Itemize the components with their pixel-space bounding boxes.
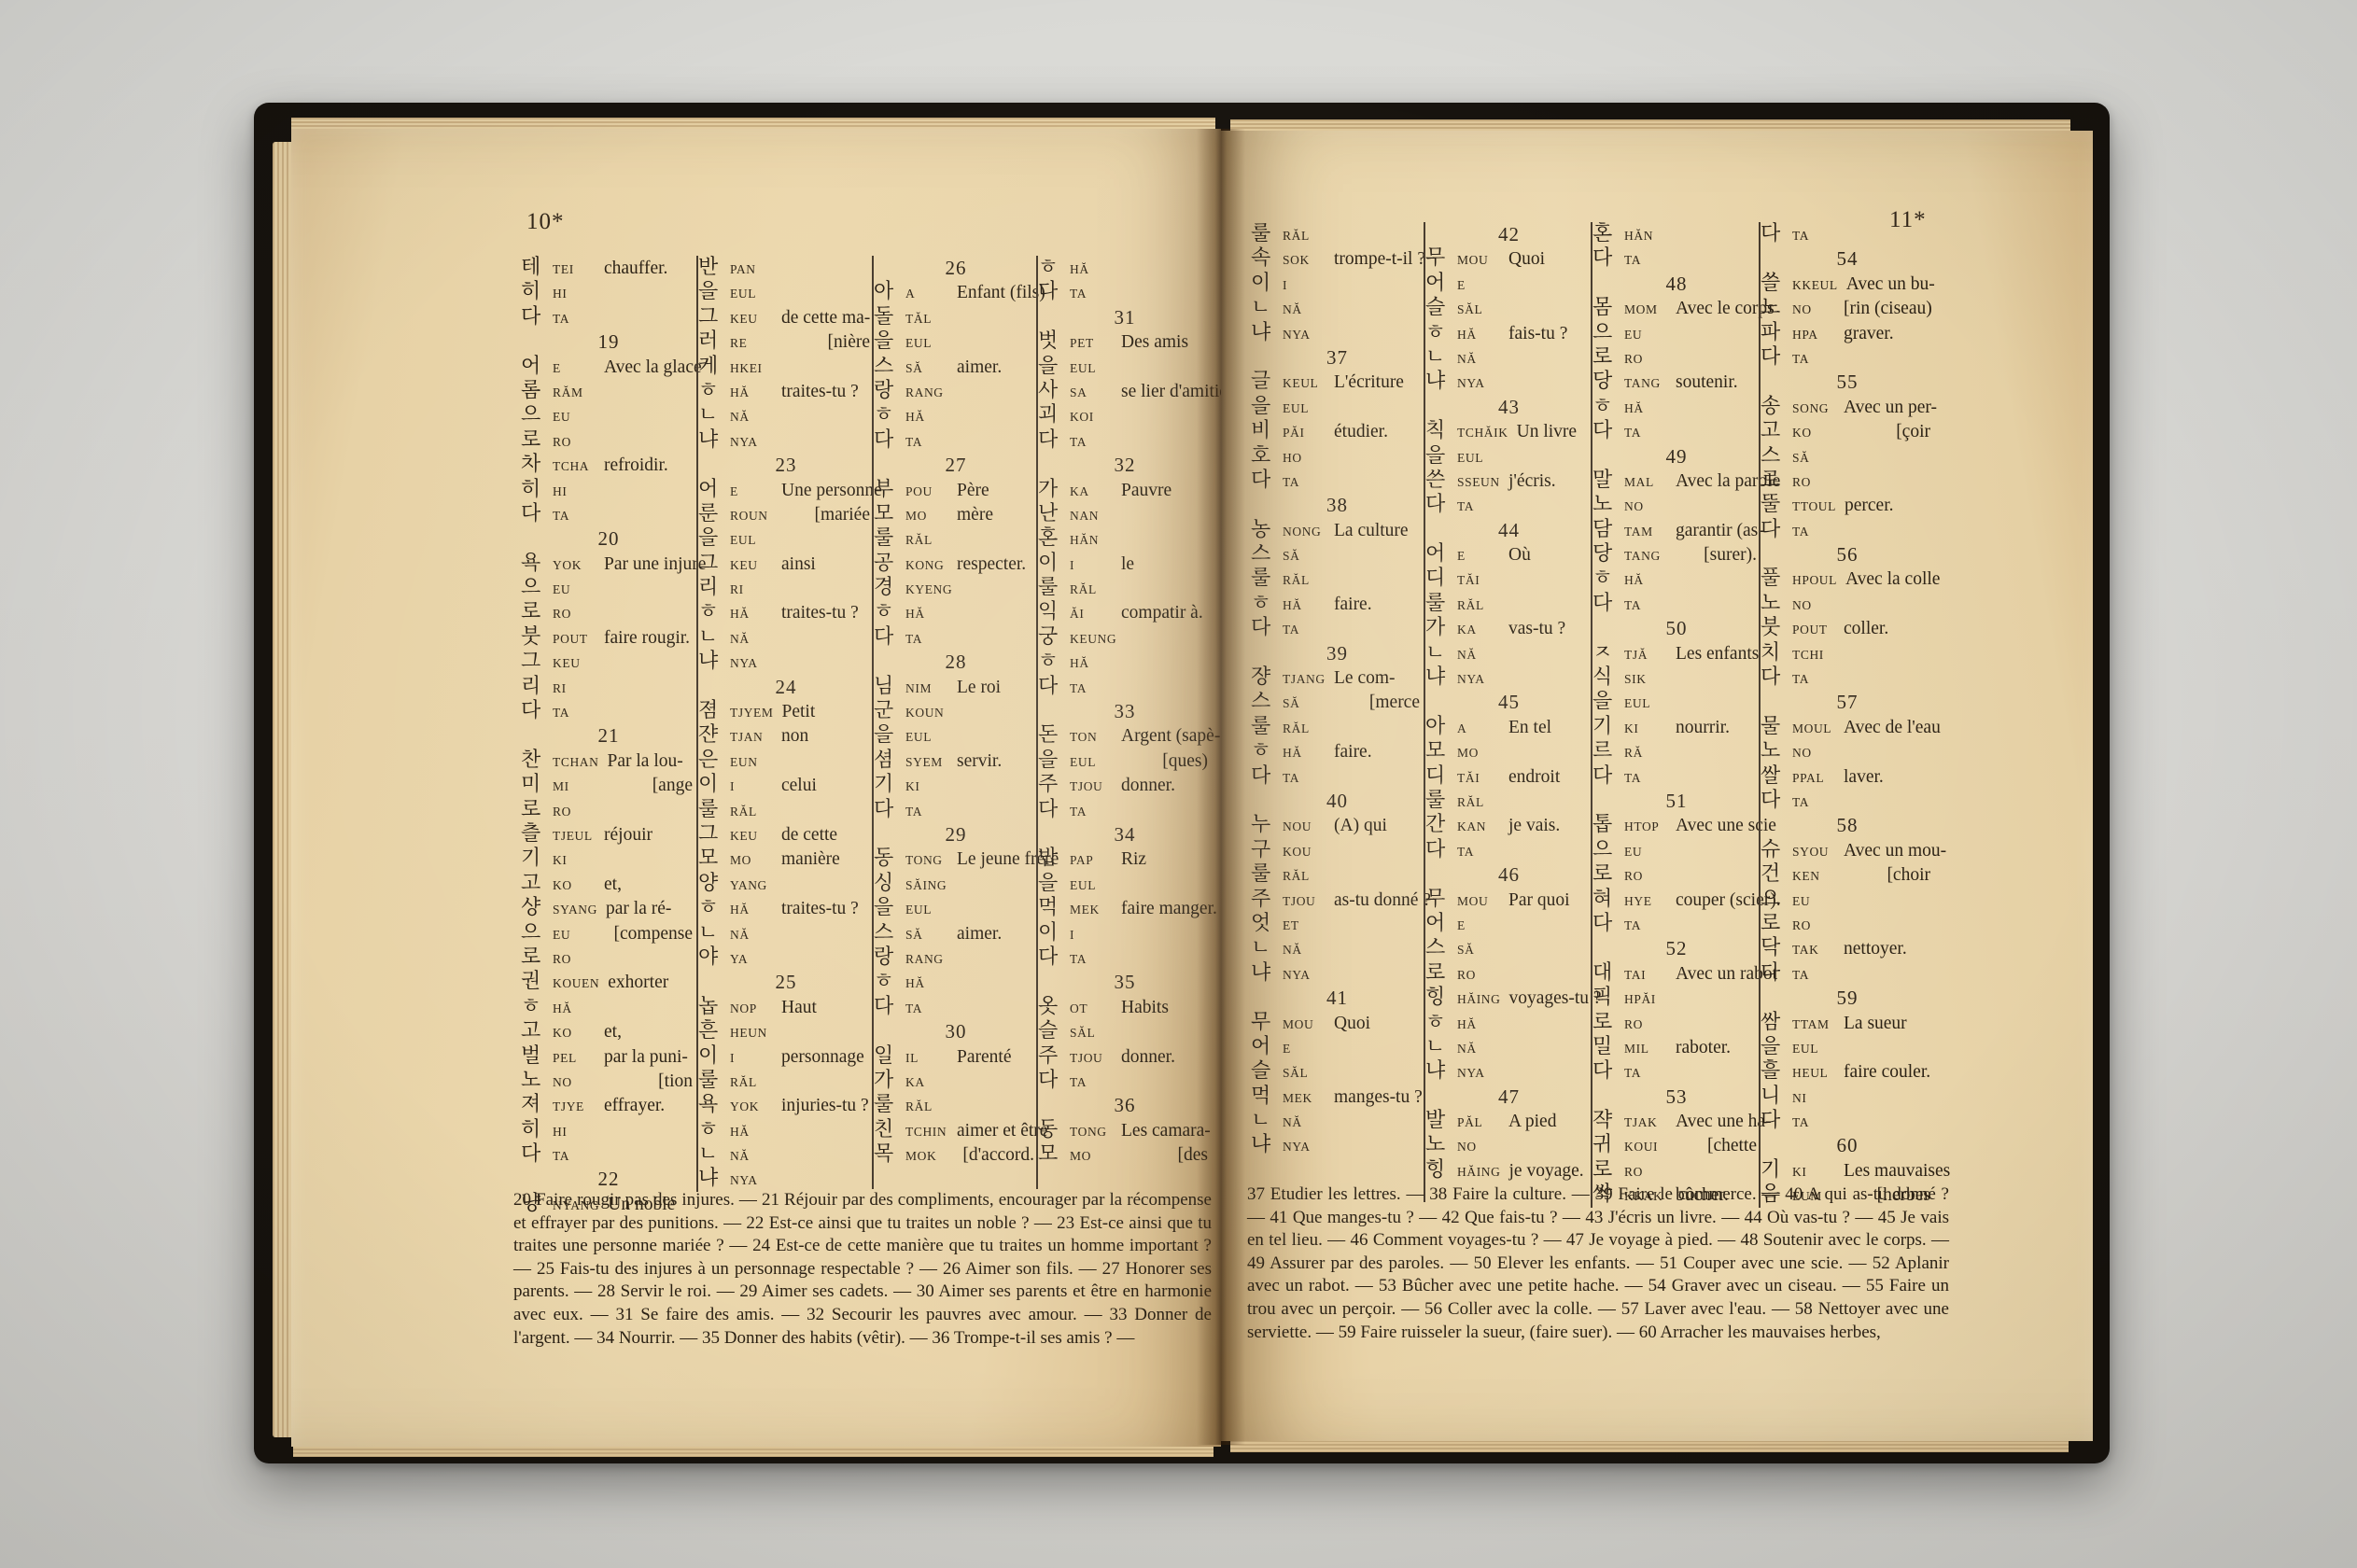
- romanization: NI: [1792, 1086, 1835, 1111]
- hangul-char: ㄴ: [1425, 1035, 1457, 1059]
- section-number: 21: [521, 723, 696, 748]
- entry-row: 랑RANG: [874, 945, 1038, 970]
- entry-row: 엇ET: [1251, 912, 1424, 936]
- romanization: TA: [1457, 495, 1500, 519]
- romanization: KKEUL: [1792, 273, 1838, 298]
- hangul-char: 밥: [1038, 847, 1070, 871]
- entry-row: 다TA: [1251, 469, 1424, 493]
- section-number: 29: [874, 822, 1038, 847]
- romanization: TA: [1792, 1111, 1835, 1135]
- french-gloss: nourrir.: [1676, 716, 1730, 740]
- entry-row: 을EUL: [1761, 1035, 1934, 1059]
- french-gloss: Avec un mou-: [1844, 839, 1946, 863]
- hangul-char: 러: [698, 329, 730, 354]
- french-gloss: chauffer.: [604, 257, 667, 281]
- hangul-char: 룰: [1425, 789, 1457, 813]
- hangul-char: 이: [1038, 921, 1070, 945]
- entry-row: 다TA: [1761, 518, 1934, 542]
- hangul-char: 냐: [1425, 370, 1457, 394]
- romanization: EUL: [905, 725, 948, 749]
- hangul-char: 다: [1761, 789, 1792, 813]
- entry-row: 다TA: [1251, 616, 1424, 640]
- romanization: EUL: [730, 528, 773, 553]
- hangul-char: 다: [521, 1142, 553, 1167]
- romanization: RO: [553, 430, 596, 455]
- hangul-char: 흔: [698, 1019, 730, 1043]
- hangul-char: 몸: [1592, 296, 1624, 320]
- romanization: I: [1070, 923, 1113, 947]
- french-gloss: La sueur: [1844, 1012, 1907, 1036]
- entry-row: 이Ipersonnage: [698, 1044, 874, 1069]
- hangul-char: 다: [1038, 1069, 1070, 1093]
- french-gloss: donner.: [1121, 1045, 1175, 1070]
- entry-row: 양YANG: [698, 872, 874, 896]
- entry-row: 그KEU: [521, 650, 696, 674]
- romanization: TA: [1070, 947, 1113, 972]
- romanization: TCHA: [553, 455, 596, 479]
- hangul-char: 다: [1592, 912, 1624, 936]
- hangul-char: 동: [874, 847, 905, 871]
- romanization: NO: [1624, 495, 1667, 519]
- hangul-char: 다: [1761, 665, 1792, 690]
- section-number: 37: [1251, 345, 1424, 370]
- hangul-char: 돌: [874, 305, 905, 329]
- hangul-char: 붓: [1761, 616, 1792, 640]
- romanization: KYENG: [905, 578, 952, 602]
- left-column-4: ㅎHĂ다TA31벗PETDes amis을EUL사SAse lier d'ami…: [1036, 256, 1212, 1189]
- hangul-char: 로: [1761, 912, 1792, 936]
- romanization: SĂL: [1457, 298, 1500, 322]
- hangul-char: ㅎ: [1425, 1011, 1457, 1035]
- section-number: 56: [1761, 542, 1934, 567]
- hangul-char: 공: [874, 552, 905, 576]
- french-gloss: ainsi: [781, 553, 816, 577]
- hangul-char: 붓: [521, 625, 553, 650]
- entry-row: 을EUL: [698, 280, 874, 304]
- entry-row: 호HO: [1251, 444, 1424, 469]
- hangul-char: 노: [1761, 592, 1792, 616]
- hangul-char: 다: [1592, 592, 1624, 616]
- french-gloss: faire rougir.: [604, 626, 690, 651]
- romanization: HYE: [1624, 889, 1667, 914]
- entry-row: 로RO: [1592, 345, 1761, 370]
- hangul-char: 괴: [1038, 403, 1070, 427]
- romanization: RĂL: [1457, 791, 1500, 815]
- entry-row: 을EUL: [1251, 395, 1424, 419]
- romanization: RĂL: [1283, 224, 1326, 248]
- entry-row: 동TONGLe jeune frère: [874, 847, 1038, 871]
- romanization: EUL: [1070, 874, 1113, 898]
- hangul-char: 을: [698, 526, 730, 551]
- entry-row: 흘HEULfaire couler.: [1761, 1059, 1934, 1084]
- entry-row: 을EUL: [698, 526, 874, 551]
- entry-row: 룰RĂL: [874, 526, 1038, 551]
- entry-row: 케HKEI: [698, 355, 874, 379]
- french-gloss: nettoyer.: [1844, 937, 1907, 961]
- hangul-char: ㅎ: [1592, 395, 1624, 419]
- entry-row: 스SĂaimer.: [874, 921, 1038, 945]
- romanization: KEU: [730, 307, 773, 331]
- french-gloss: de cette: [781, 823, 837, 847]
- french-gloss: réjouir: [604, 823, 652, 847]
- entry-row: 다TA: [521, 1142, 696, 1167]
- hangul-char: 을: [1038, 872, 1070, 896]
- romanization: TA: [1283, 618, 1326, 642]
- hangul-char: 일: [874, 1044, 905, 1069]
- hangul-char: ㄴ: [1251, 936, 1283, 960]
- romanization: KA: [905, 1071, 948, 1095]
- french-gloss: aimer.: [957, 356, 1002, 380]
- hangul-char: ㄴ: [1425, 345, 1457, 370]
- entry-row: 냐NYA: [698, 1167, 874, 1191]
- entry-row: 로RO: [1592, 862, 1761, 887]
- entry-row: 쟌TJANnon: [698, 723, 874, 748]
- romanization: RO: [1624, 347, 1667, 371]
- romanization: HĂ: [730, 602, 773, 626]
- section-number: 52: [1592, 936, 1761, 960]
- hangul-char: 을: [1038, 749, 1070, 773]
- french-gloss: manière: [781, 847, 840, 872]
- hangul-char: 건: [1761, 862, 1792, 887]
- romanization: KAN: [1457, 815, 1500, 839]
- entry-row: 벗PETDes amis: [1038, 329, 1212, 354]
- romanization: TA: [1283, 470, 1326, 495]
- entry-row: 졈TJYEMPetit: [698, 699, 874, 723]
- romanization: E: [1457, 273, 1500, 298]
- romanization: HĂ: [905, 972, 948, 996]
- hangul-char: 익: [1038, 600, 1070, 624]
- entry-row: 쌈TTAMLa sueur: [1761, 1011, 1934, 1035]
- hangul-char: 을: [874, 896, 905, 920]
- entry-row: ㅎHĂfais-tu ?: [1425, 321, 1592, 345]
- hangul-char: 모: [1425, 739, 1457, 763]
- hangul-char: 셤: [874, 749, 905, 773]
- entry-row: ㄴNĂ: [1425, 641, 1592, 665]
- romanization: HĂ: [905, 602, 948, 626]
- hangul-char: 로: [1592, 1011, 1624, 1035]
- entry-row: 님NIMLe roi: [874, 675, 1038, 699]
- entry-row: 야YA: [698, 945, 874, 970]
- romanization: NO: [553, 1071, 596, 1095]
- hangul-char: 리: [521, 675, 553, 699]
- french-gloss: Parenté: [957, 1045, 1011, 1070]
- entry-row: 간KANje vais.: [1425, 813, 1592, 837]
- entry-row: 몸MOMAvec le corps: [1592, 296, 1761, 320]
- hangul-char: 속: [1251, 246, 1283, 271]
- hangul-char: 기: [1761, 1158, 1792, 1183]
- entry-row: ㄴNĂ: [698, 625, 874, 650]
- hangul-char: 다: [1038, 798, 1070, 822]
- hangul-char: 동: [1038, 1118, 1070, 1142]
- section-number: 59: [1761, 986, 1934, 1010]
- romanization: TA: [1624, 594, 1667, 618]
- entry-row: ㄴNĂ: [1425, 1035, 1592, 1059]
- romanization: HI: [553, 480, 596, 504]
- entry-row: 스SĂ: [1425, 936, 1592, 960]
- entry-row: 돈TONArgent (sapè-: [1038, 723, 1212, 748]
- section-number: 34: [1038, 822, 1212, 847]
- romanization: KO: [1792, 421, 1835, 445]
- entry-row: 밀MILraboter.: [1592, 1035, 1761, 1059]
- left-page-number: 10*: [526, 209, 565, 235]
- french-gloss: compatir à.: [1121, 601, 1203, 625]
- entry-row: 룰RĂL: [1251, 715, 1424, 739]
- hangul-char: 말: [1592, 469, 1624, 493]
- romanization: TONG: [1070, 1120, 1113, 1144]
- hangul-char: 냐: [698, 650, 730, 674]
- romanization: TA: [1070, 282, 1113, 306]
- entry-row: 룰RĂL: [1038, 576, 1212, 600]
- romanization: KI: [553, 848, 596, 873]
- section-number: 24: [698, 675, 874, 699]
- romanization: TA: [1070, 430, 1113, 455]
- entry-row: 어E: [1251, 1035, 1424, 1059]
- romanization: TA: [905, 800, 948, 824]
- french-gloss: traites-tu ?: [781, 380, 859, 404]
- hangul-char: 발: [1425, 1109, 1457, 1133]
- entry-row: 말MALAvec la parole: [1592, 469, 1761, 493]
- entry-row: 룰RĂL: [698, 798, 874, 822]
- entry-row: 슬SĂL: [1251, 1059, 1424, 1084]
- french-gloss: par la puni-: [604, 1045, 688, 1070]
- romanization: NOP: [730, 997, 773, 1021]
- hangul-char: 다: [1038, 428, 1070, 453]
- hangul-char: 기: [1592, 715, 1624, 739]
- romanization: RĂ: [1624, 741, 1667, 765]
- hangul-char: 으: [1761, 888, 1792, 912]
- entry-row: 욕YOKinjuries-tu ?: [698, 1093, 874, 1117]
- entry-row: 일ILParenté: [874, 1044, 1038, 1069]
- entry-row: 풀HPOULAvec la colle: [1761, 567, 1934, 591]
- hangul-char: 을: [1592, 690, 1624, 714]
- hangul-char: 다: [874, 798, 905, 822]
- romanization: HĂ: [1457, 323, 1500, 347]
- romanization: MOU: [1457, 248, 1500, 273]
- hangul-char: 노: [521, 1069, 553, 1093]
- hangul-char: 로: [1592, 1158, 1624, 1183]
- hangul-char: 냐: [1251, 961, 1283, 986]
- entry-row: 밥PAPRiz: [1038, 847, 1212, 871]
- romanization: TĂL: [905, 307, 948, 331]
- entry-row: 다TA: [1425, 838, 1592, 862]
- entry-row: 붓POUTcoller.: [1761, 616, 1934, 640]
- hangul-char: 노: [1425, 1133, 1457, 1157]
- french-gloss: Par quoi: [1508, 889, 1570, 913]
- romanization: SĂING: [905, 874, 948, 898]
- section-number: 22: [521, 1167, 696, 1191]
- romanization: NO: [1792, 298, 1835, 322]
- romanization: TA: [1792, 520, 1835, 544]
- french-gloss: Avec un per-: [1844, 396, 1937, 420]
- entry-row: ㅎHĂ: [1425, 1011, 1592, 1035]
- romanization: TJĂ: [1624, 643, 1667, 667]
- romanization: HO: [1283, 446, 1326, 470]
- romanization: NĂ: [1283, 938, 1326, 962]
- hangul-char: 이: [698, 773, 730, 797]
- romanization: NAN: [1070, 504, 1113, 528]
- hangul-char: 고: [521, 872, 553, 896]
- french-gloss: donner.: [1121, 774, 1175, 798]
- hangul-char: 룰: [1251, 222, 1283, 246]
- romanization: A: [905, 282, 948, 306]
- entry-row: 혀HYEcouper (scier).: [1592, 888, 1761, 912]
- section-number: 53: [1592, 1085, 1761, 1109]
- hangul-char: 롬: [521, 379, 553, 403]
- romanization: HPA: [1792, 323, 1835, 347]
- hangul-char: 그: [698, 822, 730, 847]
- french-gloss: endroit: [1508, 765, 1560, 790]
- hangul-char: 을: [1251, 395, 1283, 419]
- entry-row: 글KEULL'écriture: [1251, 370, 1424, 394]
- entry-row: 샹SYANGpar la ré-: [521, 896, 696, 920]
- hangul-char: 차: [521, 453, 553, 477]
- entry-row: 리RI: [521, 675, 696, 699]
- hangul-char: 다: [1038, 945, 1070, 970]
- french-gloss: En tel: [1508, 716, 1551, 740]
- entry-row: 룰RĂL: [1425, 789, 1592, 813]
- romanization: TJEUL: [553, 824, 596, 848]
- hangul-char: 기: [874, 773, 905, 797]
- hangul-char: 흘: [1761, 1059, 1792, 1084]
- romanization: EUL: [1070, 357, 1113, 381]
- entry-row: 으EU: [1592, 838, 1761, 862]
- romanization: PĂI: [1283, 421, 1326, 445]
- romanization: RĂL: [1457, 594, 1500, 618]
- french-gloss: garantir (as-: [1676, 519, 1764, 543]
- romanization: SĂ: [1457, 938, 1500, 962]
- entry-row: 다TA: [1761, 345, 1934, 370]
- section-number: 28: [874, 650, 1038, 674]
- entry-row: 뚤TTOULpercer.: [1761, 493, 1934, 517]
- french-gloss: Argent (sapè-: [1121, 724, 1220, 749]
- entry-row: 다TA: [1761, 961, 1934, 986]
- hangul-char: 무: [1425, 888, 1457, 912]
- section-number: 25: [698, 970, 874, 994]
- french-gloss: graver.: [1844, 322, 1894, 346]
- entry-row: ㅎHĂ: [698, 1118, 874, 1142]
- hangul-char: ㄴ: [698, 1142, 730, 1167]
- romanization: EU: [1792, 889, 1835, 914]
- entry-row: 다TA: [1038, 798, 1212, 822]
- hangul-char: 무: [1425, 246, 1457, 271]
- hangul-char: 다: [1592, 764, 1624, 789]
- hangul-char: 다: [1592, 246, 1624, 271]
- romanization: EUL: [1792, 1037, 1835, 1061]
- entry-row: 로RO: [1425, 961, 1592, 986]
- romanization: NĂ: [1457, 643, 1500, 667]
- hangul-char: 다: [874, 995, 905, 1019]
- entry-row: 기KILes mauvaises: [1761, 1158, 1934, 1183]
- entry-row: 은EUN: [698, 749, 874, 773]
- romanization: RĂL: [1283, 568, 1326, 593]
- entry-row: 주TJOUdonner.: [1038, 773, 1212, 797]
- french-gloss: [compense: [604, 922, 696, 946]
- romanization: TONG: [905, 848, 948, 873]
- entry-row: 져TJYEeffrayer.: [521, 1093, 696, 1117]
- romanization: KEUL: [1283, 371, 1326, 396]
- french-gloss: [tion: [604, 1070, 696, 1094]
- hangul-char: 츨: [521, 822, 553, 847]
- entry-row: 로RO: [521, 798, 696, 822]
- section-number: 47: [1425, 1085, 1592, 1109]
- entry-row: 그KEUde cette ma-: [698, 305, 874, 329]
- romanization: NĂ: [1283, 1111, 1326, 1135]
- entry-row: 발PĂLA pied: [1425, 1109, 1592, 1133]
- section-number: 38: [1251, 493, 1424, 517]
- romanization: POUT: [553, 627, 596, 651]
- romanization: EU: [1624, 323, 1667, 347]
- entry-row: 으EU: [1592, 321, 1761, 345]
- french-gloss: manges-tu ?: [1334, 1085, 1423, 1110]
- romanization: EU: [553, 578, 596, 602]
- hangul-char: 히: [521, 1118, 553, 1142]
- entry-row: 모MOmanière: [698, 847, 874, 871]
- entry-row: 칙TCHĂIKUn livre: [1425, 419, 1592, 443]
- hangul-char: ㅎ: [1592, 567, 1624, 591]
- entry-row: 을EUL: [874, 896, 1038, 920]
- hangul-char: ㅎ: [698, 600, 730, 624]
- entry-row: 스SĂ: [1251, 542, 1424, 567]
- entry-row: 르RĂ: [1592, 739, 1761, 763]
- hangul-char: 을: [698, 280, 730, 304]
- hangul-char: ㅎ: [521, 995, 553, 1019]
- romanization: MOK: [905, 1144, 948, 1169]
- romanization: SĂ: [1283, 692, 1326, 716]
- hangul-char: 다: [521, 305, 553, 329]
- hangul-char: 어: [698, 478, 730, 502]
- entry-row: ㅎHĂ: [874, 970, 1038, 994]
- entry-row: 사SAse lier d'amitié.: [1038, 379, 1212, 403]
- hangul-char: 니: [1761, 1085, 1792, 1109]
- entry-row: 주TJOUdonner.: [1038, 1044, 1212, 1069]
- entry-row: 다TA: [874, 428, 1038, 453]
- hangul-char: 룰: [1251, 715, 1283, 739]
- french-gloss: étudier.: [1334, 420, 1388, 444]
- entry-row: 다TA: [1592, 419, 1761, 443]
- photo-of-open-book: 10* 테TEIchauffer.히HI다TA19어EAvec la glace…: [0, 0, 2357, 1568]
- hangul-char: 룰: [698, 798, 730, 822]
- hangul-char: 모: [698, 847, 730, 871]
- romanization: TA: [1070, 677, 1113, 701]
- entry-row: 누NOU(A) qui: [1251, 813, 1424, 837]
- french-gloss: Avec la glace: [604, 356, 702, 380]
- entry-row: 붓POUTfaire rougir.: [521, 625, 696, 650]
- romanization: TA: [553, 504, 596, 528]
- hangul-char: 으: [521, 921, 553, 945]
- romanization: IL: [905, 1046, 948, 1071]
- entry-row: 디TĂI: [1425, 567, 1592, 591]
- hangul-char: 룰: [874, 1093, 905, 1117]
- romanization: POUT: [1792, 618, 1835, 642]
- section-number: 57: [1761, 690, 1934, 714]
- left-column-2: 반PAN을EUL그KEUde cette ma-러RE[nière케HKEIㅎH…: [696, 256, 874, 1192]
- entry-row: 목MOK[d'accord.: [874, 1142, 1038, 1167]
- section-number: 51: [1592, 789, 1761, 813]
- hangul-char: 리: [698, 576, 730, 600]
- hangul-char: 궁: [1038, 625, 1070, 650]
- section-number: 60: [1761, 1133, 1934, 1157]
- entry-row: 랑RANG: [874, 379, 1038, 403]
- entry-row: 기KI: [874, 773, 1038, 797]
- french-gloss: effrayer.: [604, 1094, 665, 1118]
- romanization: KOUN: [905, 701, 948, 725]
- hangul-char: 찬: [521, 749, 553, 773]
- french-gloss: respecter.: [957, 553, 1026, 577]
- romanization: NO: [1792, 594, 1835, 618]
- entry-row: 구KOU: [1251, 838, 1424, 862]
- french-gloss: voyages-tu ?: [1509, 987, 1602, 1011]
- hangul-char: 옷: [1038, 995, 1070, 1019]
